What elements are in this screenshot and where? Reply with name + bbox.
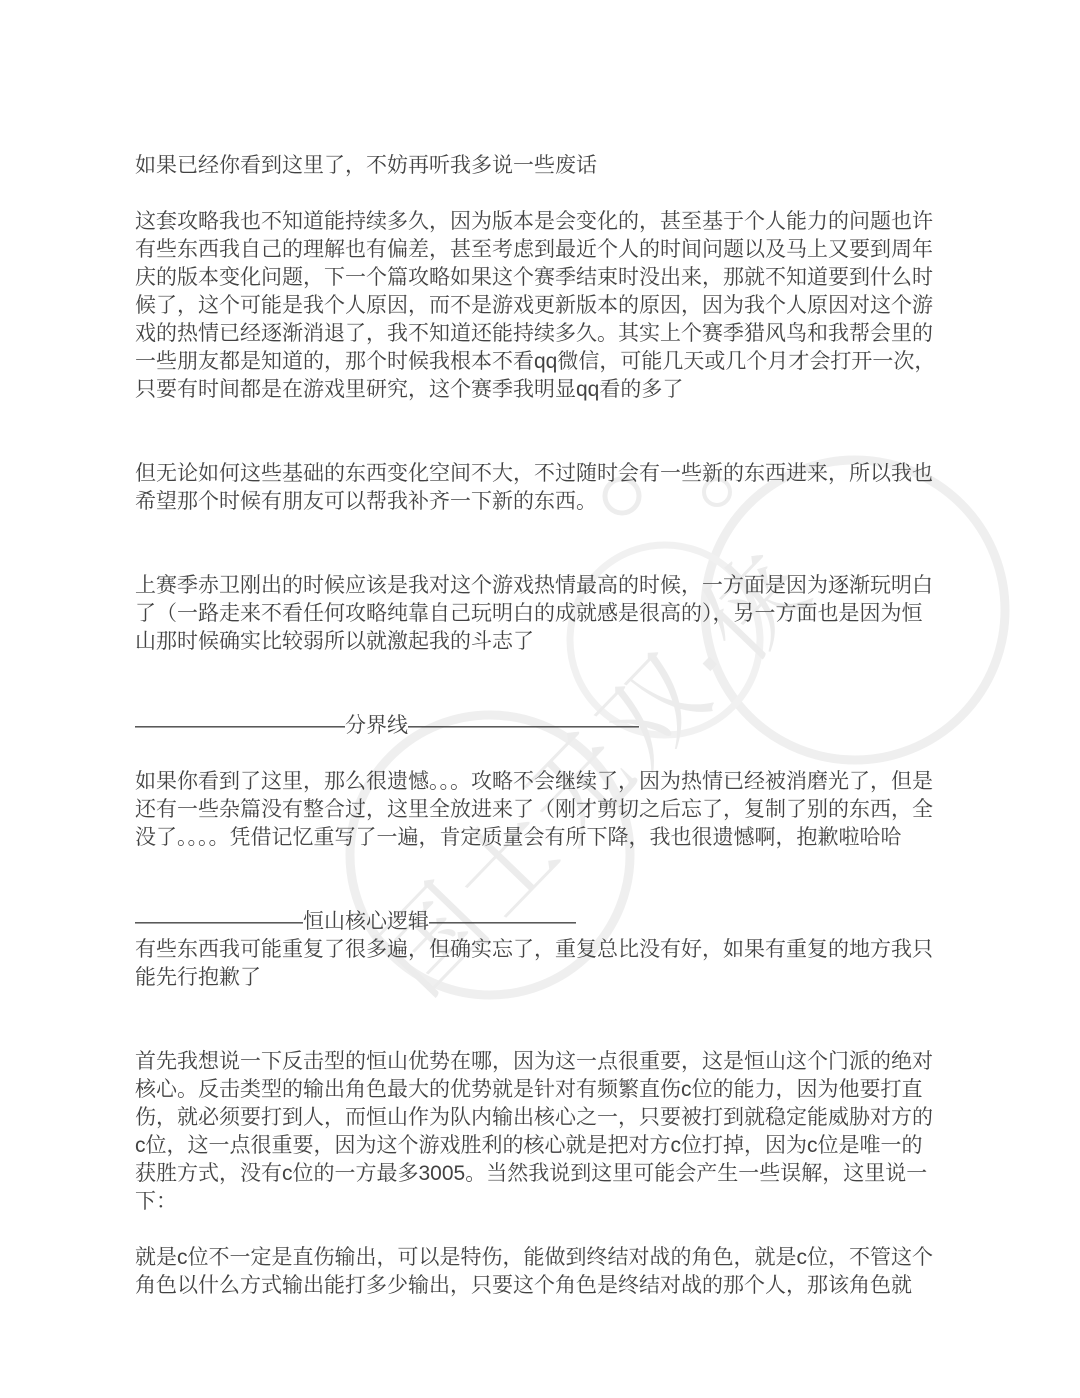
blank-line xyxy=(135,180,941,208)
paragraph: 如果已经你看到这里了，不妨再听我多说一些废话 xyxy=(135,152,941,180)
blank-line xyxy=(135,880,941,908)
paragraph: 上赛季赤卫刚出的时候应该是我对这个游戏热情最高的时候，一方面是因为逐渐玩明白了（… xyxy=(135,572,941,656)
document-page: 国士无双·侠 如果已经你看到这里了，不妨再听我多说一些废话这套攻略我也不知道能持… xyxy=(0,0,1080,1398)
blank-line xyxy=(135,656,941,684)
blank-line xyxy=(135,544,941,572)
blank-line xyxy=(135,432,941,460)
paragraph: 这套攻略我也不知道能持续多久，因为版本是会变化的，甚至基于个人能力的问题也许有些… xyxy=(135,208,941,404)
blank-line xyxy=(135,992,941,1020)
paragraph: 但无论如何这些基础的东西变化空间不大，不过随时会有一些新的东西进来，所以我也希望… xyxy=(135,460,941,516)
paragraph: 如果你看到了这里，那么很遗憾。。。攻略不会继续了，因为热情已经被消磨光了，但是还… xyxy=(135,768,941,852)
blank-line xyxy=(135,1216,941,1244)
blank-line xyxy=(135,404,941,432)
blank-line xyxy=(135,516,941,544)
divider-line: ————————恒山核心逻辑——————— xyxy=(135,908,941,936)
blank-line xyxy=(135,740,941,768)
blank-line xyxy=(135,852,941,880)
paragraph: 就是c位不一定是直伤输出，可以是特伤，能做到终结对战的角色，就是c位，不管这个角… xyxy=(135,1244,941,1300)
paragraph: 有些东西我可能重复了很多遍，但确实忘了，重复总比没有好，如果有重复的地方我只能先… xyxy=(135,936,941,992)
article-body: 如果已经你看到这里了，不妨再听我多说一些废话这套攻略我也不知道能持续多久，因为版… xyxy=(135,152,941,1300)
paragraph: 首先我想说一下反击型的恒山优势在哪，因为这一点很重要，这是恒山这个门派的绝对核心… xyxy=(135,1048,941,1216)
blank-line xyxy=(135,684,941,712)
blank-line xyxy=(135,1020,941,1048)
divider-line: ——————————分界线——————————— xyxy=(135,712,941,740)
